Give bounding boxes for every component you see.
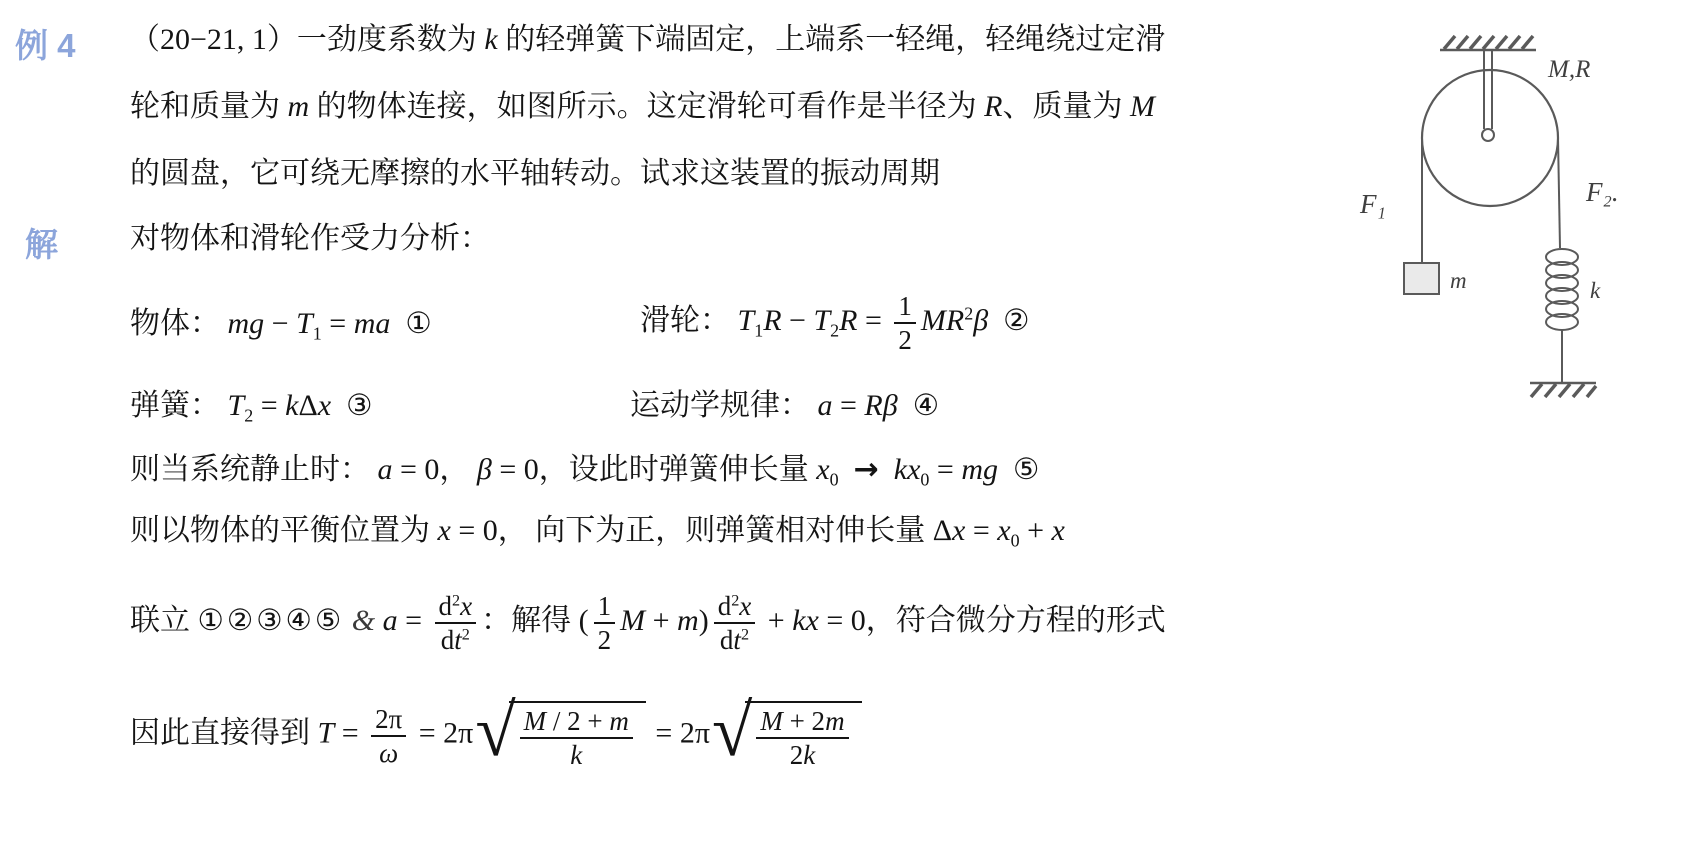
mass-block	[1404, 263, 1439, 294]
solution-intro: 对物体和滑轮作受力分析：	[130, 219, 490, 260]
spring-coil	[1546, 249, 1578, 383]
period-result-line: 因此直接得到 T = 2πω = 2π√M / 2 + mk = 2π√M + …	[130, 701, 864, 770]
problem-line-2: 轮和质量为 m 的物体连接，如图所示。这定滑轮可看作是半径为 R、质量为 M	[130, 87, 1155, 128]
example-tag: 例 4	[15, 20, 76, 67]
pulley-spring-diagram: M,R F₁ F₂. m k	[1290, 5, 1689, 425]
equation-spring: 弹簧： T2 = kΔx ③	[130, 386, 375, 428]
equation-pulley: 滑轮： T1R − T2R = 12MR2β ②	[640, 291, 1033, 355]
mass-label: m	[1450, 268, 1467, 293]
spring-label: k	[1590, 278, 1601, 303]
pulley-axle	[1484, 51, 1492, 129]
pulley-label: M,R	[1547, 56, 1590, 83]
lecture-notes-page: { "page": { "background": "#ffffff", "in…	[0, 0, 1689, 855]
equilibrium-line: 则以物体的平衡位置为 x = 0， 向下为正，则弹簧相对伸长量 Δx = x0 …	[130, 511, 1065, 553]
problem-line-3: 的圆盘，它可绕无摩擦的水平轴转动。试求这装置的振动周期	[130, 154, 940, 195]
static-condition-line: 则当系统静止时： a = 0， β = 0，设此时弹簧伸长量 x0 → kx0 …	[130, 450, 1042, 492]
pulley-pivot	[1482, 129, 1494, 141]
ceiling-hatch	[1440, 36, 1536, 50]
force1-label: F₁	[1359, 189, 1386, 219]
force2-label: F₂.	[1585, 177, 1619, 207]
combine-equations-line: 联立 ①②③④⑤ & a = d2xdt2：解得 (12M + m)d2xdt2…	[130, 591, 1166, 655]
ground-hatch	[1530, 383, 1596, 397]
equation-kinematics: 运动学规律： a = Rβ ④	[630, 386, 942, 427]
rope-right	[1558, 138, 1560, 248]
problem-line-1: （20−21, 1）一劲度系数为 k 的轻弹簧下端固定，上端系一轻绳，轻绳绕过定…	[130, 20, 1165, 61]
solution-tag: 解	[25, 219, 58, 266]
equation-object: 物体： mg − T1 = ma ①	[130, 304, 435, 346]
